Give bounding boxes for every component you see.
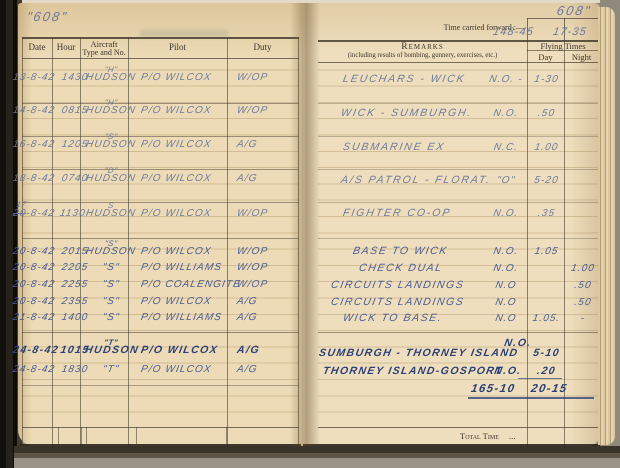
day-hours-cell: 1.00 — [527, 142, 566, 153]
remark-code: N.O. — [486, 263, 526, 274]
night-hours-cell: 1.00 — [565, 263, 601, 274]
log-row-right: CIRCUITS LANDINGS N.O .50 — [0, 297, 620, 310]
day-hours-cell: 1.05 — [527, 246, 566, 257]
remark-cell: CHECK DUAL — [358, 263, 444, 274]
night-hours-cell: .50 — [565, 297, 601, 308]
night-hours-cell: - — [565, 313, 601, 324]
log-row-right: SUMBURGH - THORNEY ISLAND N.O. 5-10 — [0, 348, 620, 361]
remark-cell: CIRCUITS LANDINGS — [330, 297, 465, 308]
day-hours-cell: 5-10 — [527, 348, 566, 359]
day-hours-cell: .20 — [527, 366, 566, 377]
remark-code: N.O. - — [486, 74, 526, 85]
remark-code: N.O. — [486, 208, 526, 219]
remark-cell: THORNEY ISLAND-GOSPORT — [322, 366, 504, 377]
remark-cell: SUMBURGH - THORNEY ISLAND — [318, 348, 519, 359]
day-hours-cell: .50 — [527, 108, 566, 119]
remark-code: "O" — [486, 175, 526, 186]
totals-row: 165-10 20-15 — [0, 384, 620, 397]
remark-cell: SUBMARINE EX — [342, 142, 446, 153]
log-row-right: LEUCHARS - WICK N.O. - 1-30 — [0, 74, 620, 87]
log-row-right: WICK - SUMBURGH. N.O. .50 — [0, 108, 620, 121]
page-edge-stack — [598, 7, 615, 445]
remark-cell: CIRCUITS LANDINGS — [330, 280, 465, 291]
remark-cell: FIGHTER CO-OP — [342, 208, 452, 219]
log-row-right: A/S PATROL - FLORAT. "O" 5-20 — [0, 175, 620, 188]
remark-code: N.O. — [486, 108, 526, 119]
log-row-right: BASE TO WICK N.O. 1.05 — [0, 246, 620, 259]
remark-code: N.O — [486, 313, 526, 324]
remark-cell: BASE TO WICK — [352, 246, 449, 257]
remark-code: N.O. — [486, 246, 526, 257]
day-hours-cell: 1.05. — [527, 313, 566, 324]
total-night-hours: 20-15 — [530, 384, 568, 395]
book-bottom-shadow — [14, 446, 620, 468]
remark-code: N.O — [486, 280, 526, 291]
night-hours-cell: .50 — [565, 280, 601, 291]
remark-code: N.O. — [492, 366, 524, 377]
remark-cell: WICK - SUMBURGH. — [340, 108, 473, 119]
log-row-right: THORNEY ISLAND-GOSPORT N.O. .20 — [0, 366, 620, 379]
total-day-hours: 165-10 — [470, 384, 516, 395]
logbook-scan: Date Hour Aircraft Type and No. Pilot Du… — [0, 0, 620, 468]
right-entries: LEUCHARS - WICK N.O. - 1-30 WICK - SUMBU… — [0, 0, 620, 468]
day-hours-cell: 1-30 — [527, 74, 566, 85]
log-row-right: CHECK DUAL N.O. 1.00 — [0, 263, 620, 276]
remark-cell: A/S PATROL - FLORAT. — [340, 175, 492, 186]
log-row-right: WICK TO BASE. N.O 1.05. - — [0, 313, 620, 326]
log-row-right: SUBMARINE EX N.C. 1.00 — [0, 142, 620, 155]
remark-code: N.C. — [486, 142, 526, 153]
day-hours-cell: .35 — [527, 208, 566, 219]
remark-cell: WICK TO BASE. — [342, 313, 443, 324]
remark-code: N.O — [486, 297, 526, 308]
remark-cell: LEUCHARS - WICK — [342, 74, 466, 85]
day-hours-cell: 5-20 — [527, 175, 566, 186]
log-row-right: CIRCUITS LANDINGS N.O .50 — [0, 280, 620, 293]
log-row-right: FIGHTER CO-OP N.O. .35 — [0, 208, 620, 221]
